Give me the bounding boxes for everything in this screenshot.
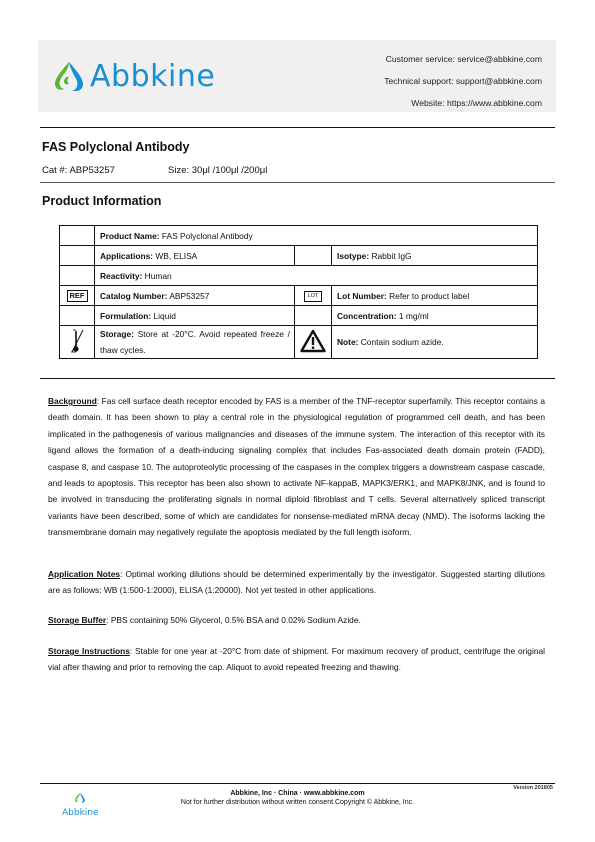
storage-buffer-section: Storage Buffer: PBS containing 50% Glyce… bbox=[48, 612, 545, 628]
section-title: Product Information bbox=[42, 194, 161, 208]
footer-company: Abbkine, Inc · China · www.abbkine.com bbox=[0, 789, 595, 798]
isotype-value: Rabbit IgG bbox=[369, 251, 411, 261]
formulation-value: Liquid bbox=[151, 311, 176, 321]
footer-divider bbox=[40, 783, 555, 784]
brand-logo: Abbkine bbox=[52, 56, 215, 96]
product-title: FAS Polyclonal Antibody bbox=[42, 140, 189, 154]
warning-icon bbox=[300, 329, 326, 353]
table-row: Storage: Store at -20°C. Avoid repeated … bbox=[60, 326, 538, 359]
size-options: Size: 30μl /100μl /200μl bbox=[168, 165, 267, 176]
product-info-table: Product Name: FAS Polyclonal Antibody Ap… bbox=[59, 225, 538, 359]
info-divider bbox=[40, 378, 555, 379]
application-notes-text: : Optimal working dilutions should be de… bbox=[48, 569, 545, 595]
lot-icon: LOT bbox=[304, 291, 323, 302]
storage-buffer-heading: Storage Buffer bbox=[48, 615, 106, 625]
footer-brand: Abbkine bbox=[62, 808, 99, 818]
reactivity-value: Human bbox=[142, 271, 171, 281]
technical-support-line: Technical support: support@abbkine.com bbox=[384, 70, 542, 92]
applications-value: WB, ELISA bbox=[153, 251, 197, 261]
storage-instructions-heading: Storage Instructions bbox=[48, 646, 130, 656]
lot-value: Refer to product label bbox=[387, 291, 469, 301]
storage-buffer-text: : PBS containing 50% Glycerol, 0.5% BSA … bbox=[106, 615, 361, 625]
thermometer-icon bbox=[68, 328, 86, 354]
header-divider bbox=[40, 127, 555, 128]
catalog-line: Cat #: ABP53257 Size: 30μl /100μl /200μl bbox=[42, 165, 115, 176]
table-row: REF Catalog Number: ABP53257 LOT Lot Num… bbox=[60, 286, 538, 306]
concentration-value: 1 mg/ml bbox=[397, 311, 429, 321]
table-row: Applications: WB, ELISA Isotype: Rabbit … bbox=[60, 246, 538, 266]
title-divider bbox=[40, 182, 555, 183]
website-line: Website: https://www.abbkine.com bbox=[384, 92, 542, 114]
cat-number: Cat #: ABP53257 bbox=[42, 165, 115, 176]
brand-name: Abbkine bbox=[90, 59, 215, 94]
customer-service-line: Customer service: service@abbkine.com bbox=[384, 48, 542, 70]
storage-instructions-section: Storage Instructions: Stable for one yea… bbox=[48, 643, 545, 676]
table-row: Reactivity: Human bbox=[60, 266, 538, 286]
footer-copyright: Not for further distribution without wri… bbox=[0, 798, 595, 807]
application-notes-section: Application Notes: Optimal working dilut… bbox=[48, 566, 545, 599]
background-text: : Fas cell surface death receptor encode… bbox=[48, 396, 545, 537]
background-section: Background: Fas cell surface death recep… bbox=[48, 393, 545, 541]
application-notes-heading: Application Notes bbox=[48, 569, 120, 579]
contact-info: Customer service: service@abbkine.com Te… bbox=[384, 48, 542, 114]
note-value: Contain sodium azide. bbox=[358, 337, 443, 347]
footer-text: Abbkine, Inc · China · www.abbkine.com N… bbox=[0, 789, 595, 807]
background-heading: Background bbox=[48, 396, 97, 406]
catalog-value: ABP53257 bbox=[167, 291, 209, 301]
table-row: Formulation: Liquid Concentration: 1 mg/… bbox=[60, 306, 538, 326]
ref-icon: REF bbox=[67, 290, 88, 302]
abbkine-drop-icon bbox=[52, 60, 86, 92]
product-name-value: FAS Polyclonal Antibody bbox=[160, 231, 253, 241]
table-row: Product Name: FAS Polyclonal Antibody bbox=[60, 226, 538, 246]
